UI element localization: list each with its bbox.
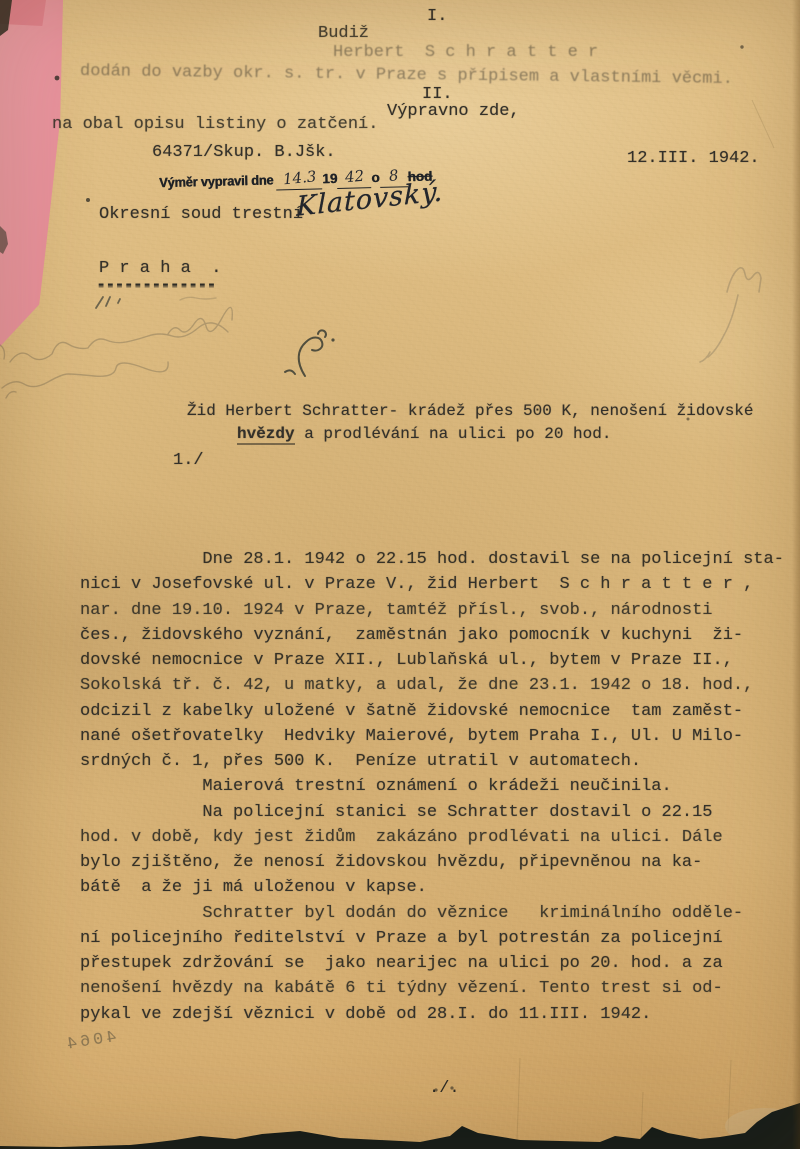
scanned-document-page: I. Budiž Herbert S c h r a t t e r dodán…	[0, 0, 800, 1149]
scan-vignette	[0, 0, 800, 1149]
